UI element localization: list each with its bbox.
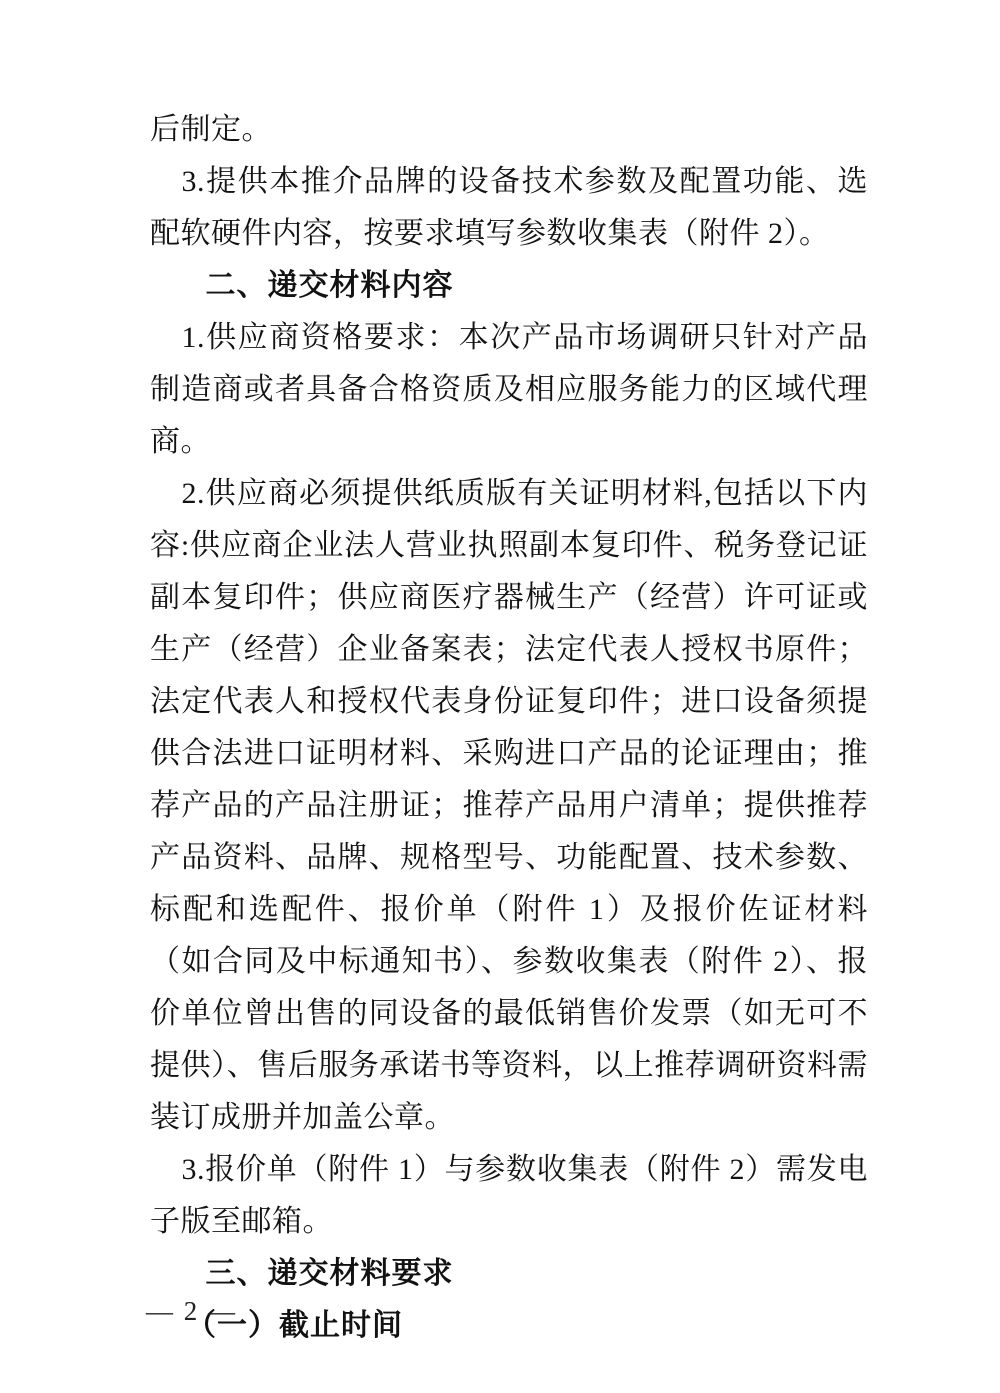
document-page: 后制定。 3.提供本推介品牌的设备技术参数及配置功能、选配软硬件内容，按要求填写… xyxy=(0,0,1000,1393)
section-heading-submission-requirements: 三、递交材料要求 xyxy=(150,1248,868,1300)
paragraph-item2-certification-materials: 2.供应商必须提供纸质版有关证明材料,包括以下内容:供应商企业法人营业执照副本复… xyxy=(150,468,868,1144)
page-number: — 2 — xyxy=(146,1296,237,1327)
subsection-heading-deadline: （一）截止时间 xyxy=(150,1300,868,1352)
paragraph-item3-electronic-quotation: 3.报价单（附件 1）与参数收集表（附件 2）需发电子版至邮箱。 xyxy=(150,1144,868,1248)
section-heading-submission-content: 二、递交材料内容 xyxy=(150,260,868,312)
document-body: 后制定。 3.提供本推介品牌的设备技术参数及配置功能、选配软硬件内容，按要求填写… xyxy=(150,104,868,1352)
paragraph-item1-supplier-qualification: 1.供应商资格要求：本次产品市场调研只针对产品制造商或者具备合格资质及相应服务能… xyxy=(150,312,868,468)
paragraph-continuation: 后制定。 xyxy=(150,104,868,156)
paragraph-item3-brand-parameters: 3.提供本推介品牌的设备技术参数及配置功能、选配软硬件内容，按要求填写参数收集表… xyxy=(150,156,868,260)
